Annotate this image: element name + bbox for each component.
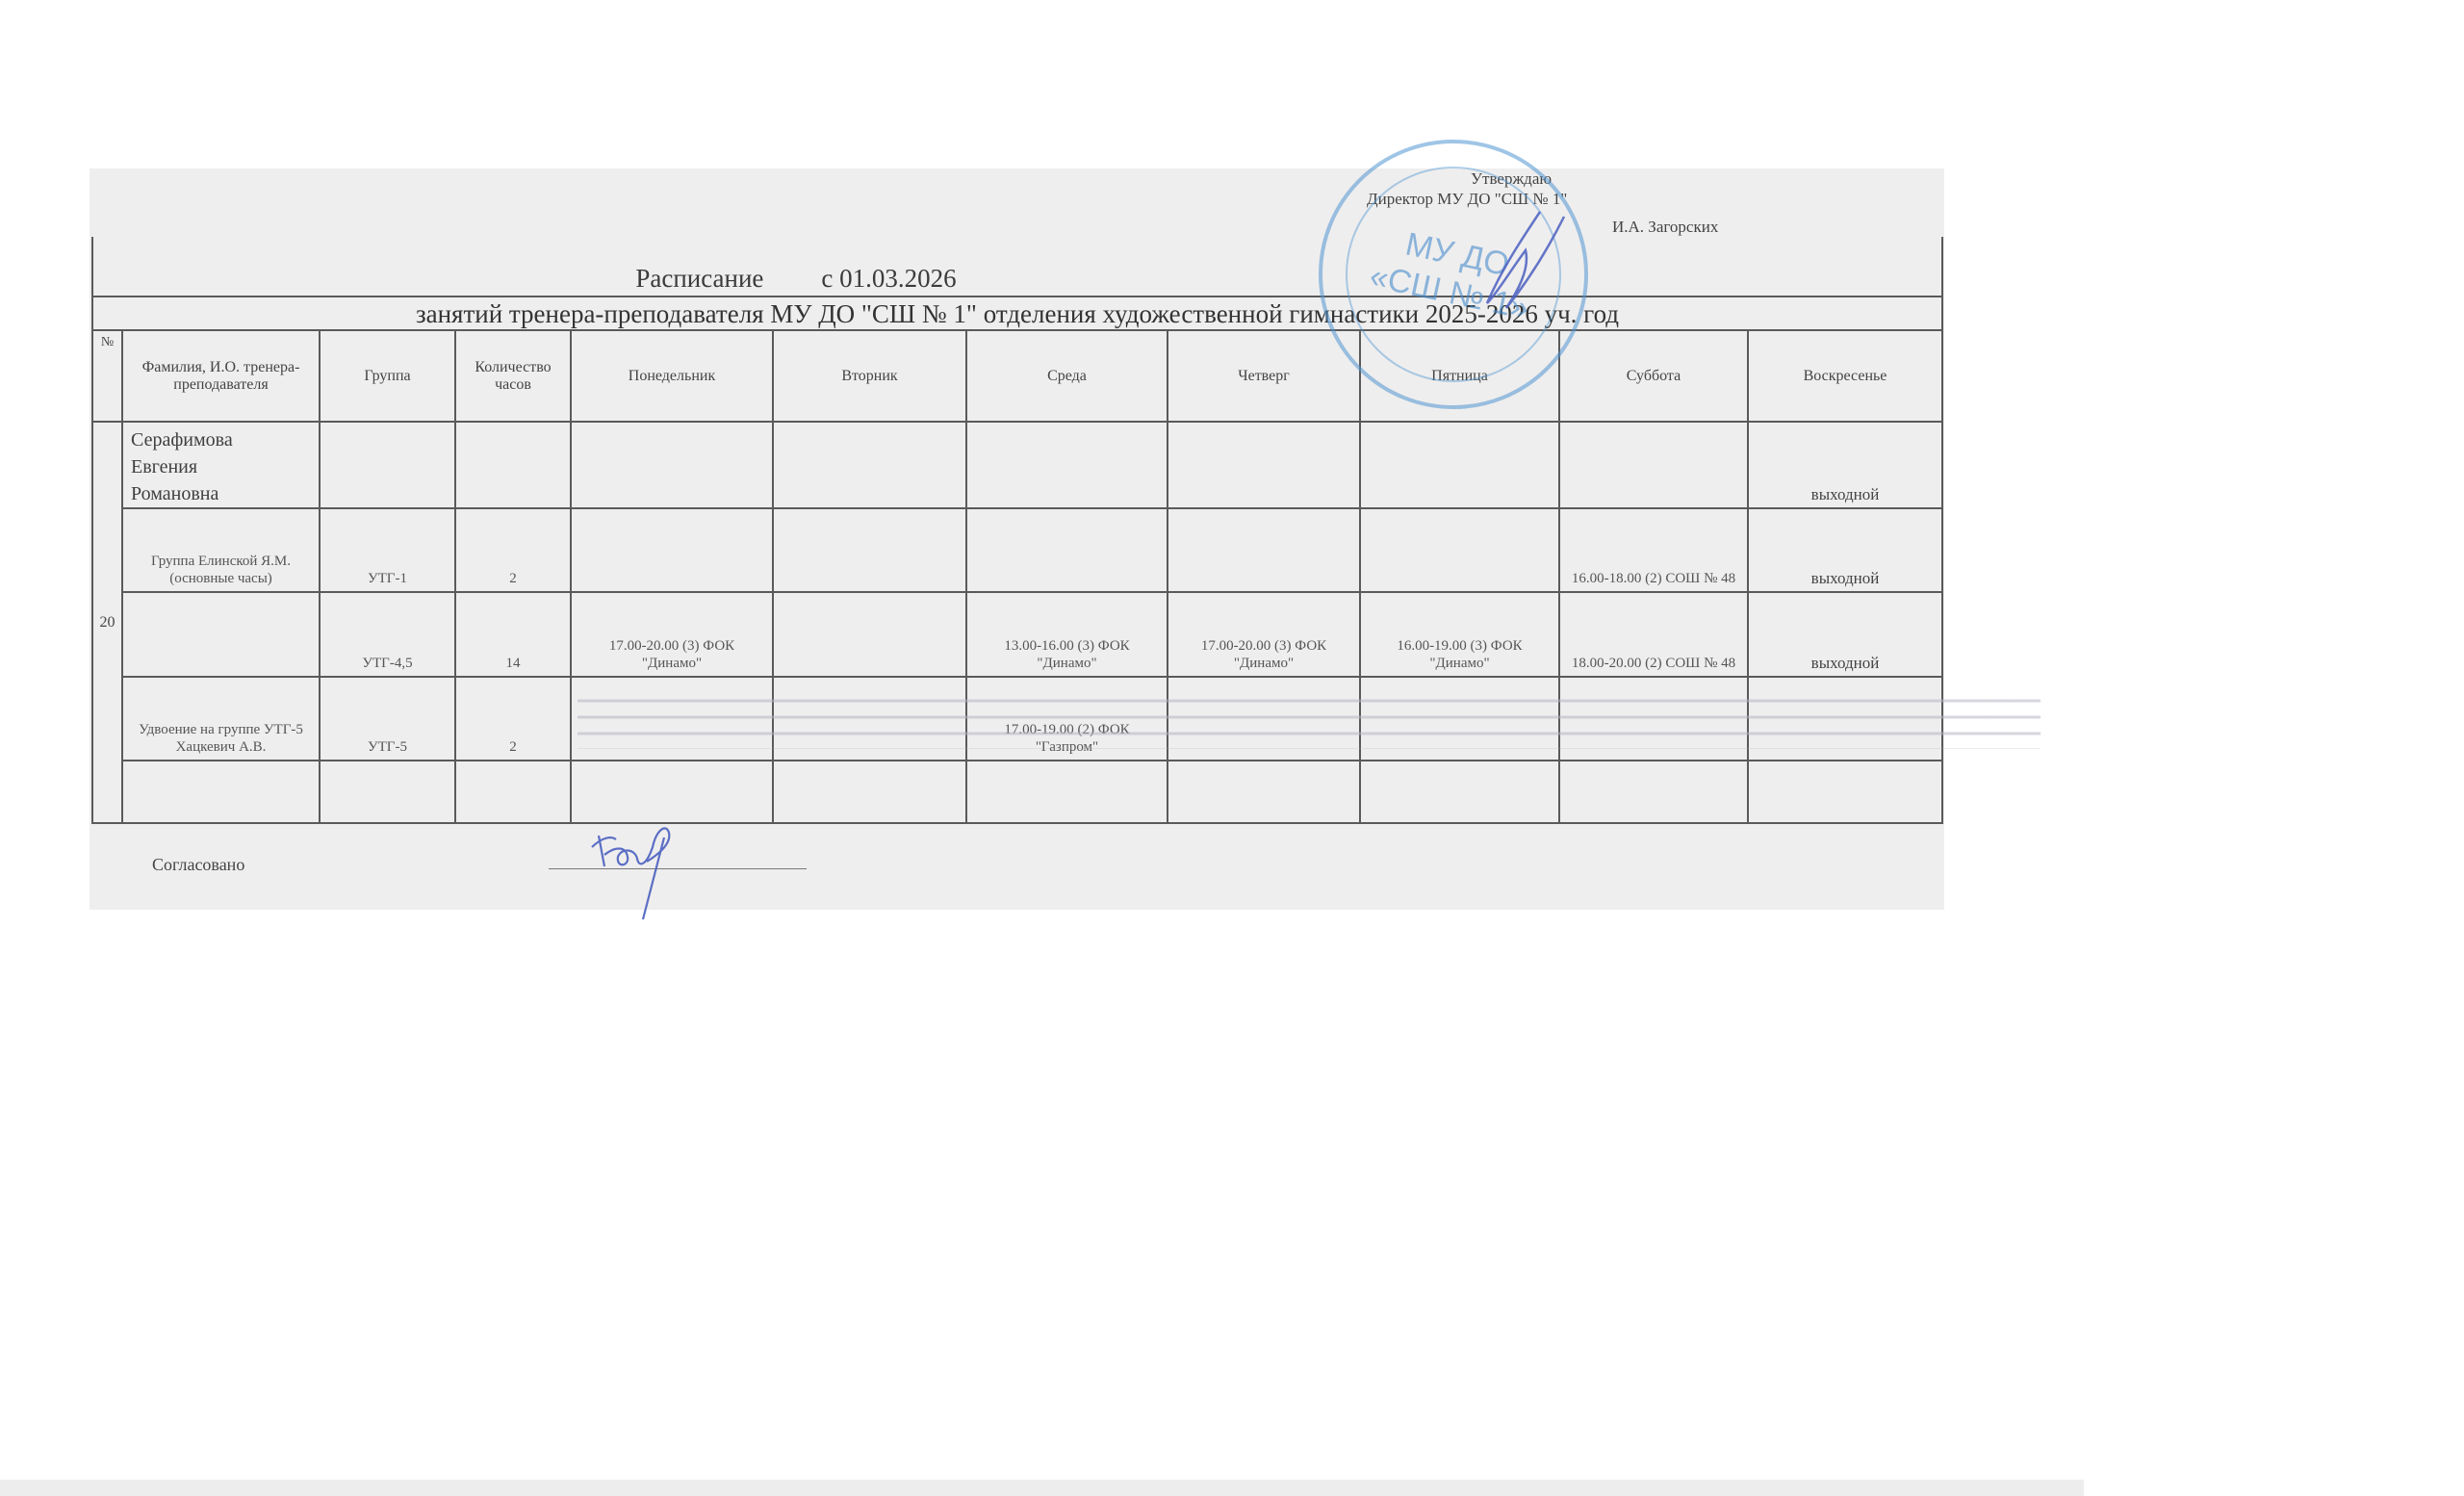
col-header-tuesday: Вторник: [773, 330, 966, 422]
cell: [1360, 422, 1559, 508]
monday-slot: 17.00-20.00 (3) ФОК "Динамо": [571, 592, 773, 677]
hours-count: 2: [455, 508, 571, 592]
group-owner: Удвоение на группе УТГ-5: [123, 721, 319, 738]
col-header-hours: Количество часов: [455, 330, 571, 422]
cell: [773, 422, 966, 508]
wednesday-slot: 13.00-16.00 (3) ФОК "Динамо": [966, 592, 1168, 677]
group-description: Удвоение на группе УТГ-5 Хацкевич А.В.: [122, 677, 320, 761]
table-row: Группа Елинской Я.М. (основные часы) УТГ…: [92, 508, 1942, 592]
cell: [571, 422, 773, 508]
cell: [1360, 761, 1559, 823]
slot-time: 13.00-16.00 (3) ФОК: [967, 637, 1167, 655]
slot-venue: "Динамо": [1361, 655, 1558, 672]
cell: [966, 761, 1168, 823]
cell: [1168, 422, 1360, 508]
group-code: УТГ-4,5: [320, 592, 455, 677]
group-description: [122, 592, 320, 677]
col-header-saturday: Суббота: [1559, 330, 1748, 422]
thursday-slot: [1168, 508, 1360, 592]
approval-name: И.А. Загорских: [1612, 218, 1718, 237]
group-code: УТГ-5: [320, 677, 455, 761]
slot-venue: "Динамо": [1168, 655, 1359, 672]
slot-venue: "Динамо": [572, 655, 772, 672]
schedule-title: Расписание: [635, 264, 763, 294]
group-description: Группа Елинской Я.М. (основные часы): [122, 508, 320, 592]
col-header-no: №: [92, 330, 122, 422]
agreed-label: Согласовано: [152, 855, 244, 875]
trainer-patronymic: Романовна: [131, 480, 319, 507]
cell: [966, 422, 1168, 508]
table-row: УТГ-4,5 14 17.00-20.00 (3) ФОК "Динамо" …: [92, 592, 1942, 677]
director-signature-icon: [1473, 202, 1578, 318]
trainer-name: Серафимова Евгения Романовна: [122, 422, 320, 508]
cell: [571, 761, 773, 823]
cell: [1168, 761, 1360, 823]
cell: [320, 422, 455, 508]
hours-count: 14: [455, 592, 571, 677]
sunday-day-off: выходной: [1748, 508, 1942, 592]
friday-slot: 16.00-19.00 (3) ФОК "Динамо": [1360, 592, 1559, 677]
trainer-surname: Серафимова: [131, 426, 319, 453]
row-number: 20: [92, 422, 122, 823]
next-page-edge: [0, 1480, 2084, 1496]
col-header-wednesday: Среда: [966, 330, 1168, 422]
schedule-subtitle: занятий тренера-преподавателя МУ ДО "СШ …: [92, 297, 1942, 330]
col-header-group: Группа: [320, 330, 455, 422]
wednesday-slot: [966, 508, 1168, 592]
saturday-slot: 16.00-18.00 (2) СОШ № 48: [1559, 508, 1748, 592]
monday-slot: [571, 508, 773, 592]
slot-venue: "Динамо": [967, 655, 1167, 672]
group-code: УТГ-1: [320, 508, 455, 592]
col-header-name: Фамилия, И.О. тренера-преподавателя: [122, 330, 320, 422]
table-row-empty: [92, 761, 1942, 823]
table-row: 20 Серафимова Евгения Романовна выходной: [92, 422, 1942, 508]
cell: [455, 422, 571, 508]
sunday-day-off: выходной: [1748, 592, 1942, 677]
schedule-heading: Расписаниес 01.03.2026: [92, 237, 1942, 297]
schedule-date: с 01.03.2026: [821, 264, 956, 294]
slot-time: 17.00-20.00 (3) ФОК: [1168, 637, 1359, 655]
tuesday-slot: [773, 592, 966, 677]
col-header-monday: Понедельник: [571, 330, 773, 422]
cell: [320, 761, 455, 823]
cell: [122, 761, 320, 823]
cell: [1559, 422, 1748, 508]
agreed-signature-icon: [587, 818, 703, 924]
slot-time: 17.00-20.00 (3) ФОК: [572, 637, 772, 655]
scan-artifact-streaks: [577, 691, 2040, 749]
slot-time: 16.00-19.00 (3) ФОК: [1361, 637, 1558, 655]
thursday-slot: 17.00-20.00 (3) ФОК "Динамо": [1168, 592, 1360, 677]
group-note: Хацкевич А.В.: [123, 738, 319, 756]
group-note: (основные часы): [123, 570, 319, 587]
trainer-first-name: Евгения: [131, 453, 319, 480]
hours-count: 2: [455, 677, 571, 761]
col-header-thursday: Четверг: [1168, 330, 1360, 422]
cell: [455, 761, 571, 823]
cell: [1748, 761, 1942, 823]
friday-slot: [1360, 508, 1559, 592]
tuesday-slot: [773, 508, 966, 592]
cell: [773, 761, 966, 823]
group-owner: Группа Елинской Я.М.: [123, 553, 319, 570]
saturday-slot: 18.00-20.00 (2) СОШ № 48: [1559, 592, 1748, 677]
header-row: № Фамилия, И.О. тренера-преподавателя Гр…: [92, 330, 1942, 422]
cell: [1559, 761, 1748, 823]
col-header-sunday: Воскресенье: [1748, 330, 1942, 422]
sunday-day-off: выходной: [1748, 422, 1942, 508]
